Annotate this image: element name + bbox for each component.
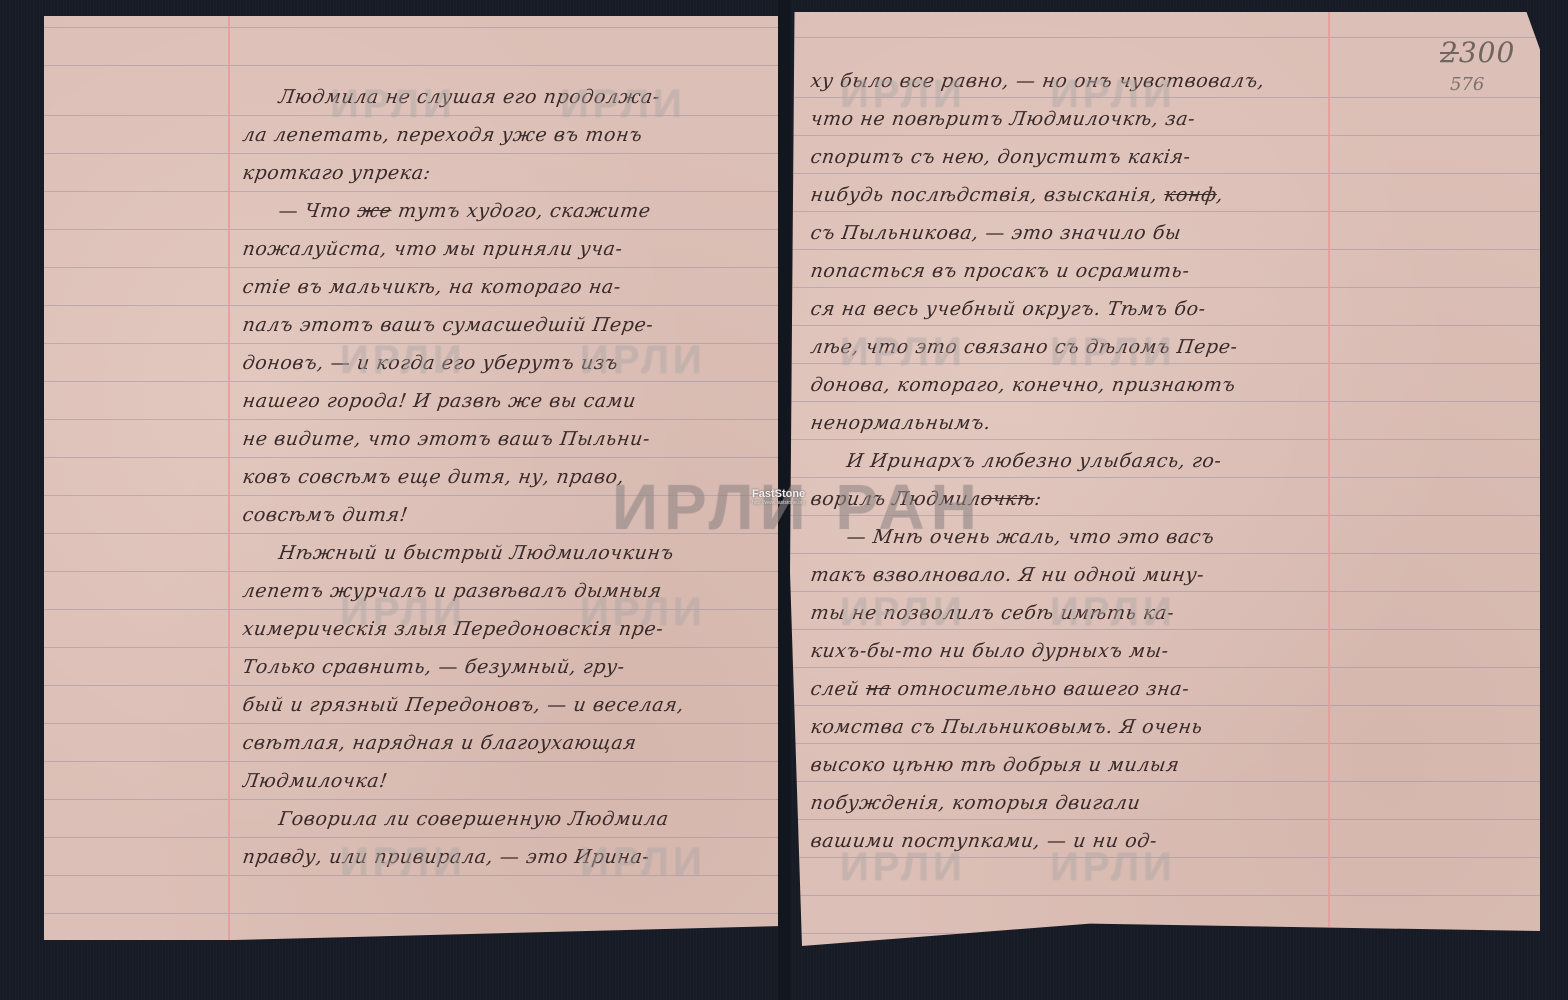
manuscript-line: лепетъ журчалъ и развѣвалъ дымныя xyxy=(240,572,775,610)
manuscript-line: ворилъ Людмилочкѣ: xyxy=(808,480,1333,518)
manuscript-line: вашими поступками, — и ни од- xyxy=(808,822,1333,860)
manuscript-line: — Мнѣ очень жаль, что это васъ xyxy=(808,518,1333,556)
folio-sub-number: 576 xyxy=(1450,74,1484,95)
manuscript-line: донова, котораго, конечно, признаютъ xyxy=(808,366,1333,404)
struck-out-word: на xyxy=(864,678,892,700)
manuscript-line: что не повѣритъ Людмилочкѣ, за- xyxy=(808,100,1333,138)
manuscript-line: ла лепетать, переходя уже въ тонъ xyxy=(240,116,775,154)
manuscript-line: Говорила ли совершенную Людмила xyxy=(240,800,775,838)
manuscript-line: слей на относительно вашего зна- xyxy=(808,670,1333,708)
manuscript-line: кихъ-бы-то ни было дурныхъ мы- xyxy=(808,632,1333,670)
stamp-label: FastStone xyxy=(752,488,805,500)
manuscript-line: Нѣжный и быстрый Людмилочкинъ xyxy=(240,534,775,572)
struck-out-word: же xyxy=(356,200,393,222)
manuscript-line: — Что же тутъ худого, скажите xyxy=(240,192,775,230)
manuscript-line: кроткаго упрека: xyxy=(240,154,775,192)
manuscript-line: ненормальнымъ. xyxy=(808,404,1333,442)
left-manuscript-page: Людмила не слушая его продолжа-ла лепета… xyxy=(44,16,778,940)
manuscript-line: химерическія злыя Передоновскія пре- xyxy=(240,610,775,648)
manuscript-line: ху было все равно, — но онъ чувствовалъ, xyxy=(808,62,1333,100)
manuscript-line: нашего города! И развѣ же вы сами xyxy=(240,382,775,420)
manuscript-line: Только сравнить, — безумный, гру- xyxy=(240,648,775,686)
struck-out-word: конф xyxy=(1163,184,1219,206)
manuscript-line: Людмила не слушая его продолжа- xyxy=(240,78,775,116)
folio-number: 2300 xyxy=(1440,36,1515,69)
manuscript-line: пожалуйста, что мы приняли уча- xyxy=(240,230,775,268)
manuscript-line: такъ взволновало. Я ни одной мину- xyxy=(808,556,1333,594)
manuscript-line: ся на весь учебный округъ. Тѣмъ бо- xyxy=(808,290,1333,328)
manuscript-line: доновъ, — и когда его уберутъ изъ xyxy=(240,344,775,382)
manuscript-line: лѣе, что это связано съ дѣломъ Пере- xyxy=(808,328,1333,366)
struck-out-word: очкѣ xyxy=(979,488,1036,510)
manuscript-line: ковъ совсѣмъ еще дитя, ну, право, xyxy=(240,458,775,496)
manuscript-line: правду, или привирала, — это Ирина- xyxy=(240,838,775,876)
manuscript-line: побужденія, которыя двигали xyxy=(808,784,1333,822)
manuscript-line: нибудь послѣдствія, взысканія, конф, xyxy=(808,176,1333,214)
manuscript-line: бый и грязный Передоновъ, — и веселая, xyxy=(240,686,775,724)
struck-digit: 2 xyxy=(1440,36,1459,69)
manuscript-line: совсѣмъ дитя! xyxy=(240,496,775,534)
manuscript-line: не видите, что этотъ вашъ Пыльни- xyxy=(240,420,775,458)
manuscript-line: ты не позволилъ себѣ имѣть ка- xyxy=(808,594,1333,632)
manuscript-line: свѣтлая, нарядная и благоухающая xyxy=(240,724,775,762)
manuscript-line: стіе въ мальчикѣ, на котораго на- xyxy=(240,268,775,306)
faststone-stamp: FastStone http://www.faststone.org xyxy=(752,488,805,506)
manuscript-line: Людмилочка! xyxy=(240,762,775,800)
red-margin-line xyxy=(228,16,230,940)
manuscript-line: попасться въ просакъ и осрамить- xyxy=(808,252,1333,290)
stamp-sublabel: http://www.faststone.org xyxy=(752,500,805,506)
manuscript-line: высоко цѣню тѣ добрыя и милыя xyxy=(808,746,1333,784)
left-page-text: Людмила не слушая его продолжа-ла лепета… xyxy=(240,78,770,876)
manuscript-line: комства съ Пыльниковымъ. Я очень xyxy=(808,708,1333,746)
right-page-text: ху было все равно, — но онъ чувствовалъ,… xyxy=(808,62,1328,860)
manuscript-line: споритъ съ нею, допуститъ какія- xyxy=(808,138,1333,176)
folio-number-value: 300 xyxy=(1459,36,1515,69)
manuscript-line: И Иринархъ любезно улыбаясь, го- xyxy=(808,442,1333,480)
right-manuscript-page: 2300 576 ху было все равно, — но онъ чув… xyxy=(790,12,1540,946)
manuscript-line: съ Пыльникова, — это значило бы xyxy=(808,214,1333,252)
manuscript-line: палъ этотъ вашъ сумасшедшій Пере- xyxy=(240,306,775,344)
